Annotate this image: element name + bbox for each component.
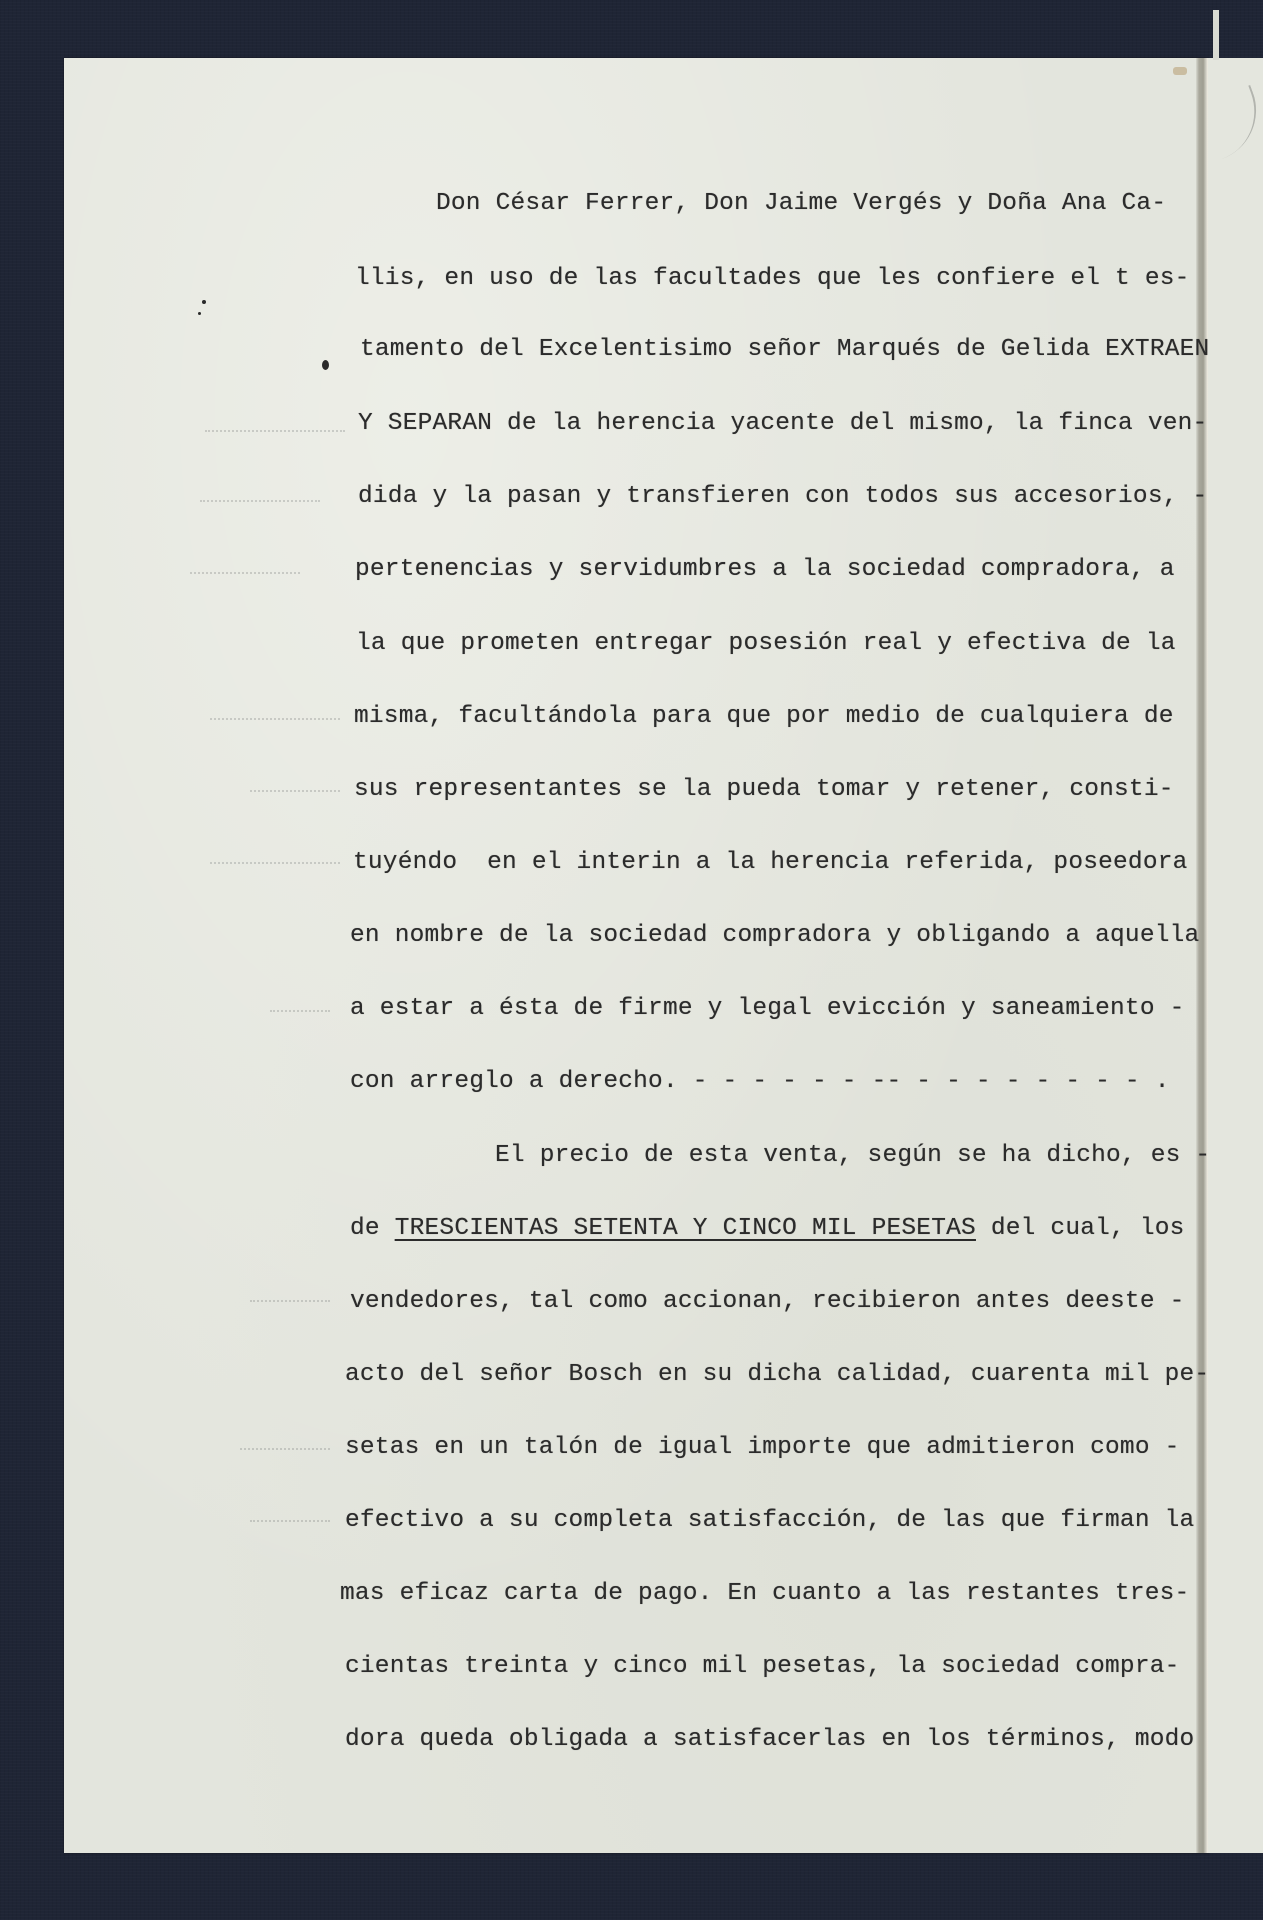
- text-line: tamento del Excelentisimo señor Marqués …: [360, 336, 1209, 363]
- text-line: llis, en uso de las facultades que les c…: [355, 265, 1190, 292]
- text-line: Don César Ferrer, Don Jaime Vergés y Doñ…: [436, 190, 1166, 217]
- text-line: dora queda obligada a satisfacerlas en l…: [345, 1726, 1194, 1753]
- text-line: El precio de esta venta, según se ha dic…: [495, 1142, 1210, 1169]
- text-line: a estar a ésta de firme y legal evicción…: [350, 995, 1185, 1022]
- text-line: mas eficaz carta de pago. En cuanto a la…: [340, 1580, 1189, 1607]
- text-line: en nombre de la sociedad compradora y ob…: [350, 922, 1199, 949]
- text-line: dida y la pasan y transfieren con todos …: [358, 483, 1207, 510]
- text-line-price: de TRESCIENTAS SETENTA Y CINCO MIL PESET…: [350, 1215, 1185, 1242]
- price-amount-underlined: TRESCIENTAS SETENTA Y CINCO MIL PESETAS: [395, 1215, 976, 1242]
- text-line: sus representantes se la pueda tomar y r…: [354, 776, 1174, 803]
- text-line: la que prometen entregar posesión real y…: [356, 630, 1176, 657]
- document-body: Don César Ferrer, Don Jaime Vergés y Doñ…: [0, 0, 1263, 1920]
- text-line: con arreglo a derecho. - - - - - - -- - …: [350, 1068, 1170, 1095]
- text-segment: de: [350, 1215, 395, 1242]
- text-line: acto del señor Bosch en su dicha calidad…: [345, 1361, 1209, 1388]
- text-segment: del cual, los: [976, 1215, 1185, 1242]
- text-line: pertenencias y servidumbres a la socieda…: [355, 556, 1175, 583]
- text-line: tuyéndo en el interin a la herencia refe…: [353, 849, 1188, 876]
- text-line: Y SEPARAN de la herencia yacente del mis…: [358, 410, 1207, 437]
- text-line: cientas treinta y cinco mil pesetas, la …: [345, 1653, 1180, 1680]
- text-line: misma, facultándola para que por medio d…: [354, 703, 1174, 730]
- text-line: efectivo a su completa satisfacción, de …: [345, 1507, 1194, 1534]
- text-line: vendedores, tal como accionan, recibiero…: [350, 1288, 1185, 1315]
- text-line: setas en un talón de igual importe que a…: [345, 1434, 1180, 1461]
